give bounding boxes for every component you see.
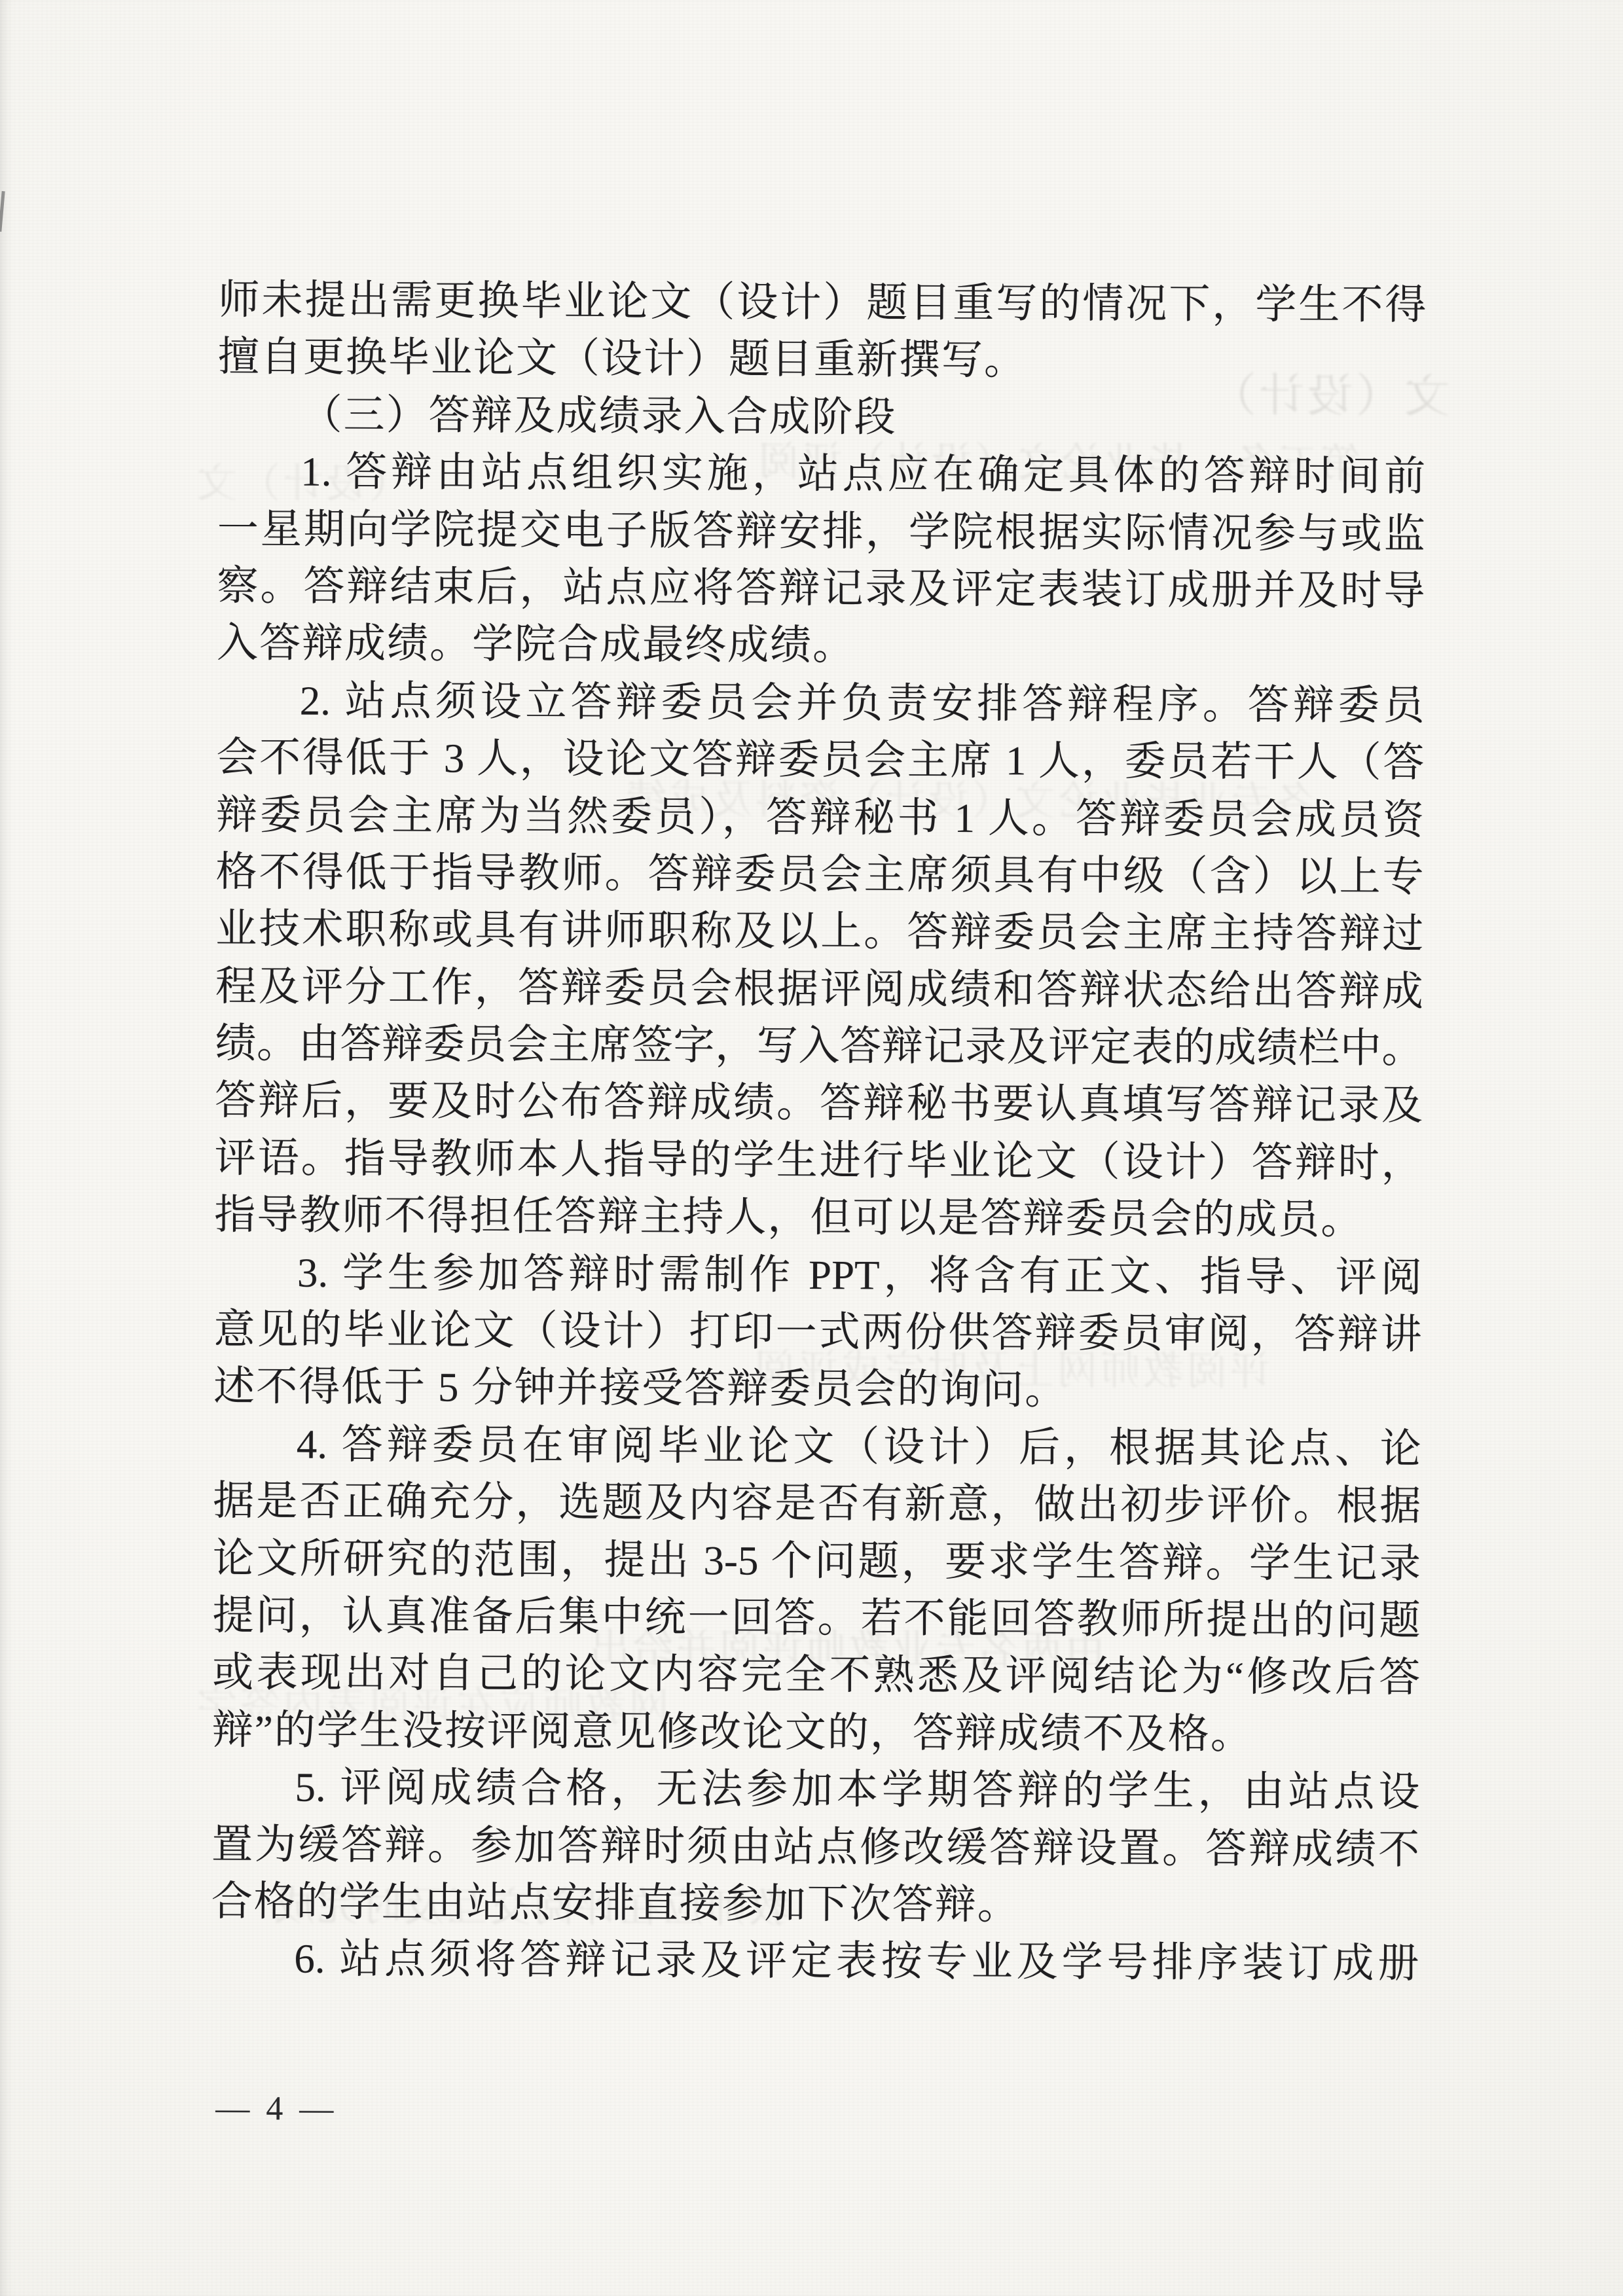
text-line: 或表现出对自己的论文内容完全不熟悉及评阅结论为“修改后答 <box>212 1644 1420 1706</box>
document-text-block: 师未提出需更换毕业论文（设计）题目重写的情况下，学生不得擅自更换毕业论文（设计）… <box>211 272 1426 1993</box>
text-line: 提问，认真准备后集中统一回答。若不能回答教师所提出的问题 <box>212 1587 1420 1649</box>
text-line: 意见的毕业论文（设计）打印一式两份供答辩委员审阅，答辩讲 <box>213 1301 1421 1363</box>
text-line: 1. 答辩由站点组织实施，站点应在确定具体的答辩时间前 <box>217 443 1425 505</box>
text-line: 论文所研究的范围，提出 3-5 个问题，要求学生答辩。学生记录 <box>213 1530 1421 1592</box>
text-line: 一星期向学院提交电子版答辩安排，学院根据实际情况参与或监 <box>217 501 1425 563</box>
sheet-content: 文（设计）第五条 毕业论文（设计）评阅（设计）文各专业毕业论文（设计）资料及成绩… <box>0 0 1623 2296</box>
scanned-document-page: 文（设计）第五条 毕业论文（设计）评阅（设计）文各专业毕业论文（设计）资料及成绩… <box>0 0 1623 2296</box>
text-line: 评语。指导教师本人指导的学生进行毕业论文（设计）答辩时， <box>214 1130 1422 1192</box>
text-line: 2. 站点须设立答辩委员会并负责安排答辩程序。答辩委员 <box>217 672 1425 734</box>
text-line: （三）答辩及成绩录入合成阶段 <box>217 386 1425 448</box>
text-line: 会不得低于 3 人，设论文答辩委员会主席 1 人，委员若干人（答 <box>216 729 1424 791</box>
text-line: 入答辩成绩。学院合成最终成绩。 <box>217 615 1425 677</box>
text-line: 绩。由答辩委员会主席签字，写入答辩记录及评定表的成绩栏中。 <box>215 1015 1423 1077</box>
page-number: — 4 — <box>215 2089 337 2128</box>
text-line: 格不得低于指导教师。答辩委员会主席须具有中级（含）以上专 <box>215 844 1423 906</box>
text-line: 擅自更换毕业论文（设计）题目重新撰写。 <box>218 329 1426 391</box>
text-line: 置为缓答辩。参加答辩时须由站点修改缓答辩设置。答辩成绩不 <box>211 1816 1419 1878</box>
text-line: 辩”的学生没按评阅意见修改论文的，答辩成绩不及格。 <box>212 1702 1420 1764</box>
text-line: 指导教师不得担任答辩主持人，但可以是答辩委员会的成员。 <box>214 1187 1422 1249</box>
text-line: 程及评分工作，答辩委员会根据评阅成绩和答辩状态给出答辩成 <box>215 958 1423 1020</box>
text-line: 答辩后，要及时公布答辩成绩。答辩秘书要认真填写答辩记录及 <box>215 1072 1423 1134</box>
text-line: 察。答辩结束后，站点应将答辩记录及评定表装订成册并及时导 <box>217 558 1425 620</box>
text-line: 述不得低于 5 分钟并接受答辩委员会的询问。 <box>213 1358 1421 1420</box>
text-line: 业技术职称或具有讲师职称及以上。答辩委员会主席主持答辩过 <box>215 901 1423 963</box>
text-line: 5. 评阅成绩合格，无法参加本学期答辩的学生，由站点设 <box>211 1759 1419 1821</box>
text-line: 辩委员会主席为当然委员），答辩秘书 1 人。答辩委员会成员资 <box>216 787 1424 849</box>
text-line: 4. 答辩委员在审阅毕业论文（设计）后，根据其论点、论 <box>213 1416 1421 1478</box>
text-line: 师未提出需更换毕业论文（设计）题目重写的情况下，学生不得 <box>218 272 1426 334</box>
text-line: 据是否正确充分，选题及内容是否有新意，做出初步评价。根据 <box>213 1473 1421 1535</box>
text-line: 6. 站点须将答辩记录及评定表按专业及学号排序装订成册 <box>211 1930 1419 1992</box>
text-line: 合格的学生由站点安排直接参加下次答辩。 <box>211 1873 1419 1935</box>
text-line: 3. 学生参加答辩时需制作 PPT，将含有正文、指导、评阅 <box>214 1244 1422 1306</box>
